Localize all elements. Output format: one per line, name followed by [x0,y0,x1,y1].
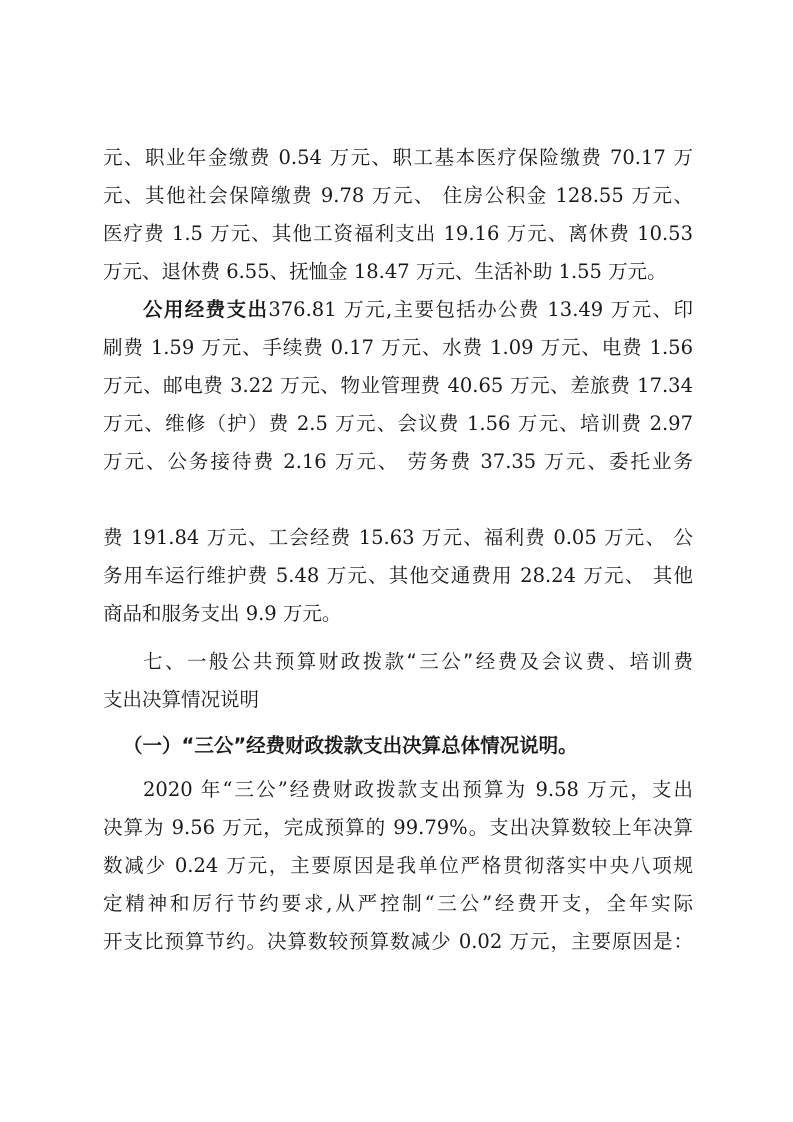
text-line: 元、其他社会保障缴费 9.78 万元、 住房公积金 128.55 万元、 [103,182,693,210]
text-line: 万元、邮电费 3.22 万元、物业管理费 40.65 万元、差旅费 17.34 [103,372,693,400]
public-expense-amount: 376.81 万元,主要包括办公费 13.49 万元、印 [268,298,693,321]
text-line: 万元、公务接待费 2.16 万元、 劳务费 37.35 万元、委托业务 [103,448,693,476]
text-line: 2020 年“三公”经费财政拨款支出预算为 9.58 万元，支出 [103,776,693,804]
text-line: 务用车运行维护费 5.48 万元、其他交通费用 28.24 万元、 其他 [103,562,693,590]
text-line: 决算为 9.56 万元，完成预算的 99.79%。支出决算数较上年决算 [103,814,693,842]
text-line: 万元、退休费 6.55、抚恤金 18.47 万元、生活补助 1.55 万元。 [103,258,693,286]
public-expense-first-line: 公用经费支出376.81 万元,主要包括办公费 13.49 万元、印 [103,296,693,324]
text-line: 医疗费 1.5 万元、其他工资福利支出 19.16 万元、离休费 10.53 [103,220,693,248]
text-line: 元、职业年金缴费 0.54 万元、职工基本医疗保险缴费 70.17 万 [103,144,693,172]
text-line: 费 191.84 万元、工会经费 15.63 万元、福利费 0.05 万元、 公 [103,524,693,552]
section-heading-cont: 支出决算情况说明 [103,686,693,714]
text-line: 数减少 0.24 万元，主要原因是我单位严格贯彻落实中央八项规 [103,852,693,880]
text-line: 开支比预算节约。决算数较预算数减少 0.02 万元，主要原因是： [103,928,693,956]
text-line: 万元、维修（护）费 2.5 万元、会议费 1.56 万元、培训费 2.97 [103,410,693,438]
subsection-heading: （一）“三公”经费财政拨款支出决算总体情况说明。 [103,732,693,760]
public-expense-label: 公用经费支出 [143,298,268,321]
text-line: 刷费 1.59 万元、手续费 0.17 万元、水费 1.09 万元、电费 1.5… [103,334,693,362]
text-line: 商品和服务支出 9.9 万元。 [103,600,693,628]
section-heading: 七、一般公共预算财政拨款“三公”经费及会议费、培训费 [103,648,693,676]
text-line: 定精神和厉行节约要求,从严控制“三公”经费开支，全年实际 [103,890,693,918]
